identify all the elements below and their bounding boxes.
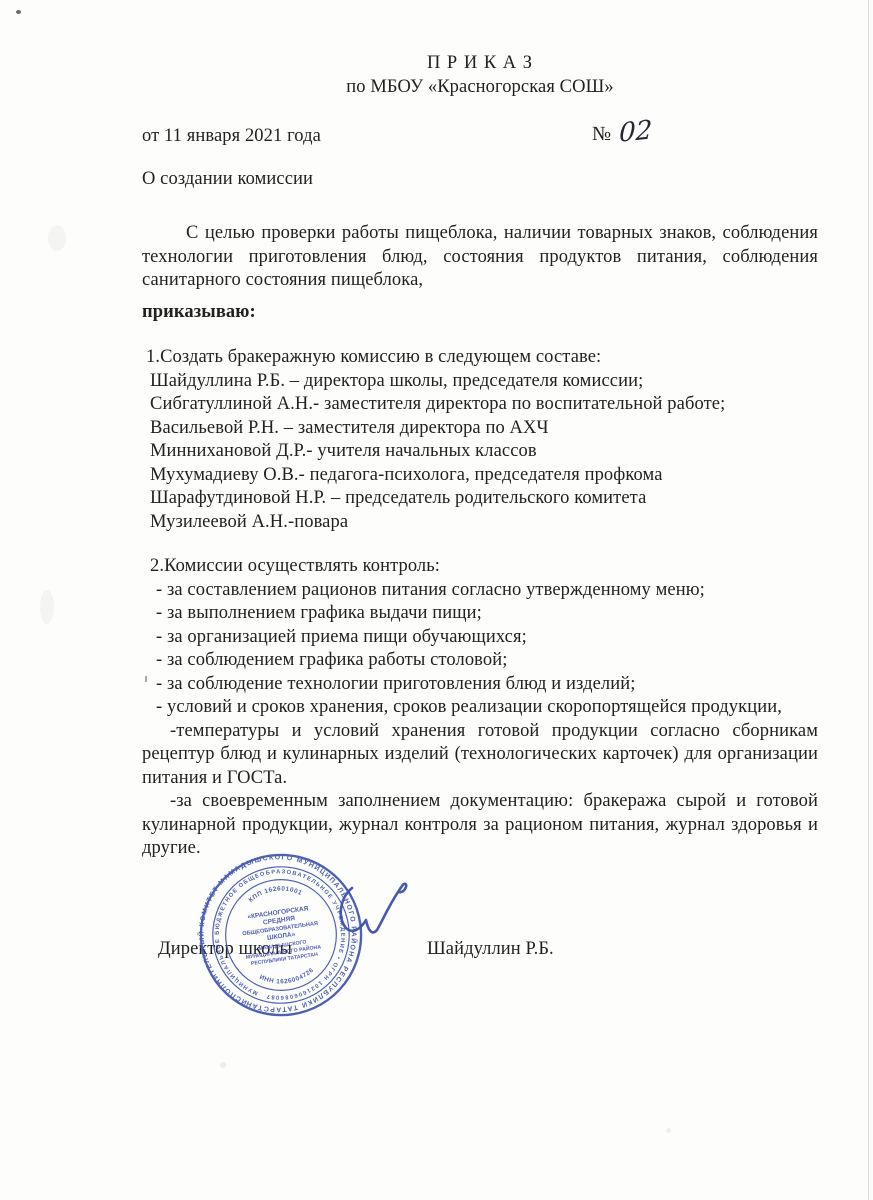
date-line: от 11 января 2021 года bbox=[142, 126, 321, 146]
svg-text:КПП 162601001: КПП 162601001 bbox=[246, 882, 304, 904]
control-line: - за соблюдение технологии приготовления… bbox=[156, 673, 818, 697]
control-paragraph: -температуры и условий хранения готовой … bbox=[142, 720, 818, 791]
member-line: Сибгатуллиной А.Н.- заместителя директор… bbox=[150, 393, 818, 417]
member-line: Васильевой Р.Н. – заместителя директора … bbox=[150, 417, 818, 441]
scan-artifact bbox=[868, 0, 869, 1200]
member-line: Миннихановой Д.Р.- учителя начальных кла… bbox=[150, 440, 818, 464]
scan-artifact bbox=[220, 1062, 226, 1068]
stamp-inn-text: ИНН 1626004726 bbox=[257, 966, 316, 989]
control-paragraph: -за своевременным заполнением документац… bbox=[142, 790, 818, 861]
order-item-1: 1.Создать бракеражную комиссию в следующ… bbox=[142, 346, 818, 534]
scan-artifact bbox=[48, 225, 66, 251]
control-line: - за выполнением графика выдачи пищи; bbox=[156, 602, 818, 626]
order-number-handwritten: 02 bbox=[619, 119, 653, 146]
item1-heading: 1.Создать бракеражную комиссию в следующ… bbox=[146, 346, 818, 370]
scan-artifact bbox=[666, 1128, 671, 1133]
date-row: от 11 января 2021 года №02 bbox=[142, 125, 818, 149]
document-title: П Р И К А З bbox=[142, 52, 818, 76]
number-sign: № bbox=[592, 123, 611, 145]
control-line: - условий и сроков хранения, сроков реал… bbox=[156, 696, 818, 720]
signature-name: Шайдуллин Р.Б. bbox=[427, 938, 554, 962]
control-line: - за составлением рационов питания согла… bbox=[156, 579, 818, 603]
directive-keyword: приказываю: bbox=[142, 301, 818, 325]
member-line: Шайдуллина Р.Б. – директора школы, предс… bbox=[150, 370, 818, 394]
member-line: Шарафутдиновой Н.Р. – председатель родит… bbox=[150, 487, 818, 511]
member-line: Музилеевой А.Н.-повара bbox=[150, 511, 818, 535]
item2-heading: 2.Комиссии осуществлять контроль: bbox=[150, 555, 818, 579]
document-subtitle: по МБОУ «Красногорская СОШ» bbox=[142, 76, 818, 100]
subject-line: О создании комиссии bbox=[142, 168, 818, 192]
document-page: П Р И К А З по МБОУ «Красногорская СОШ» … bbox=[0, 0, 873, 1200]
stamp-center-text: «КРАСНОГОРСКАЯ СРЕДНЯЯ ОБЩЕОБРАЗОВАТЕЛЬН… bbox=[240, 904, 323, 968]
preamble-paragraph: С целью проверки работы пищеблока, налич… bbox=[142, 222, 818, 293]
svg-text:ИНН 1626004726: ИНН 1626004726 bbox=[257, 966, 316, 989]
stamp-kpp-text: КПП 162601001 bbox=[246, 882, 304, 904]
order-item-2: 2.Комиссии осуществлять контроль: - за с… bbox=[142, 555, 818, 861]
member-line: Мухумадиеву О.В.- педагога-психолога, пр… bbox=[150, 464, 818, 488]
signature-ink bbox=[332, 870, 422, 946]
scan-artifact bbox=[16, 10, 21, 14]
scan-artifact bbox=[40, 590, 54, 624]
document-content: П Р И К А З по МБОУ «Красногорская СОШ» … bbox=[142, 52, 818, 962]
control-line: - за организацией приема пищи обучающихс… bbox=[156, 626, 818, 650]
order-number: №02 bbox=[592, 121, 652, 147]
control-line: - за соблюдением графика работы столовой… bbox=[156, 649, 818, 673]
